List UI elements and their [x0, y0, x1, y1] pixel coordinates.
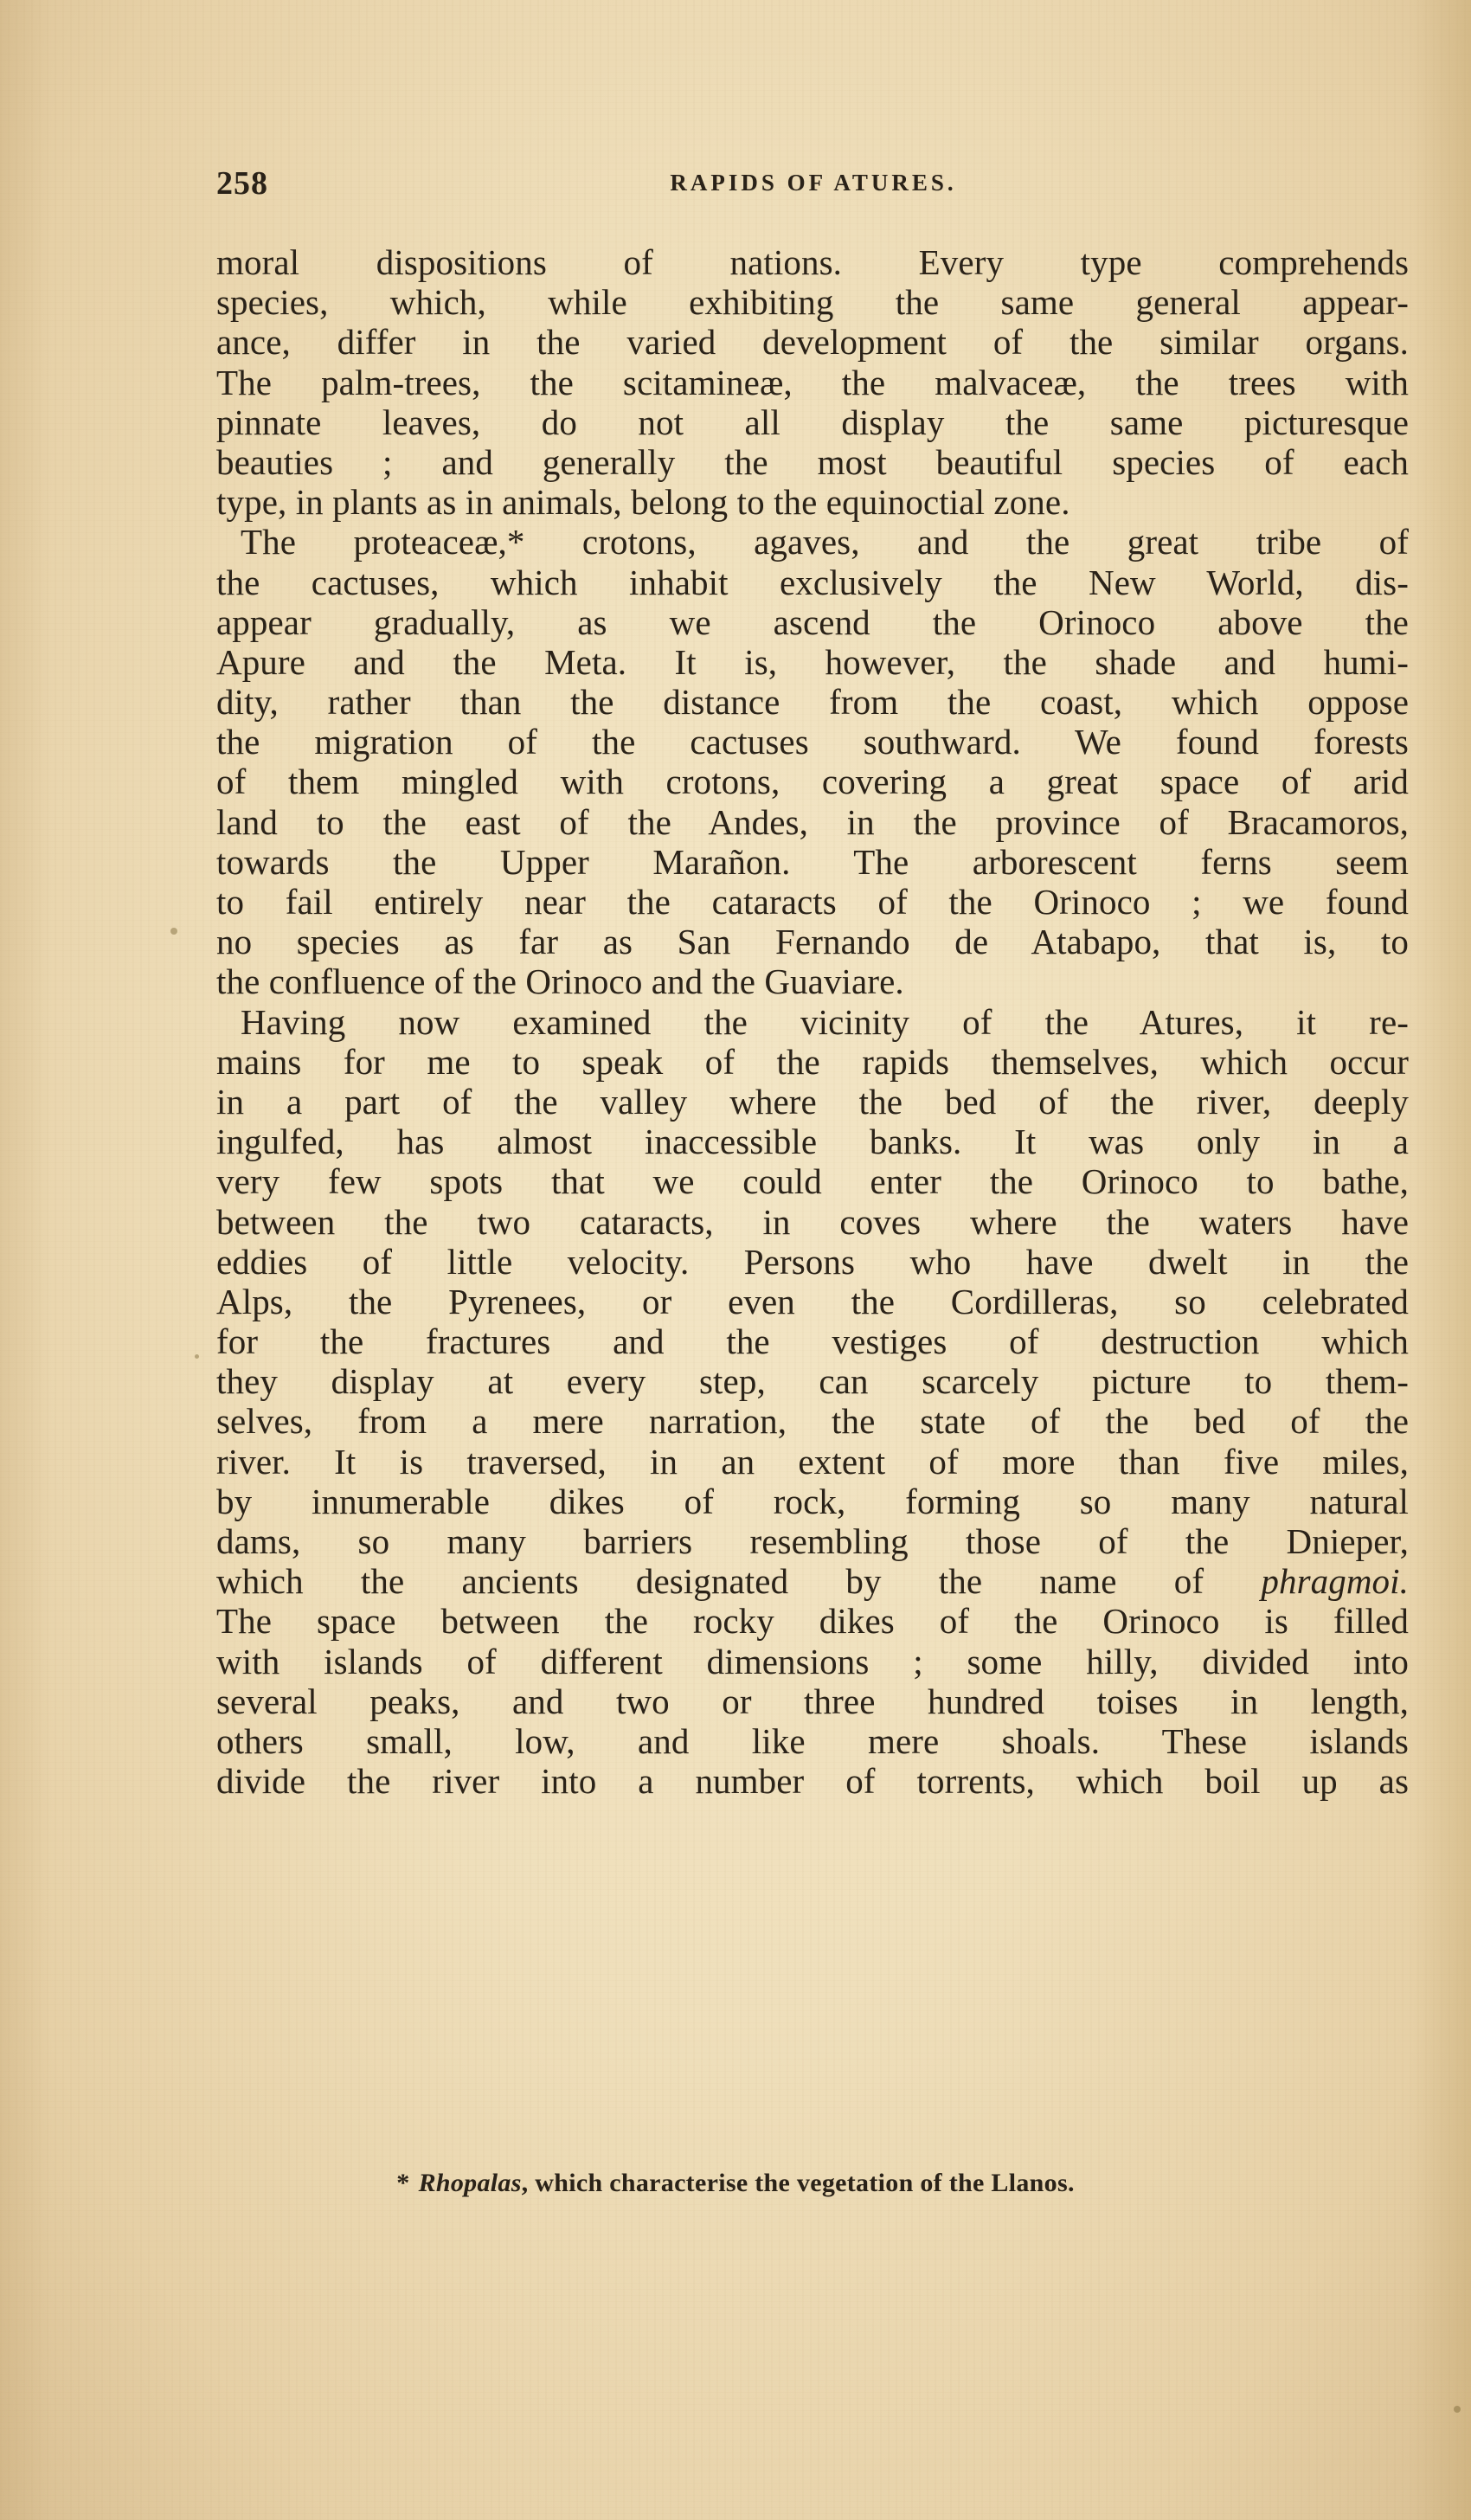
text-line: no species as far as San Fernando de Ata… [216, 922, 1409, 961]
text-line: Apure and the Meta. It is, however, the … [216, 642, 1409, 682]
text-line: for the fractures and the vestiges of de… [216, 1321, 1409, 1361]
text-line: of them mingled with crotons, covering a… [216, 762, 1409, 801]
body-text: moral dispositions of nations. Every typ… [216, 242, 1409, 1801]
text-line: the migration of the cactuses southward.… [216, 722, 1409, 762]
text-line: towards the Upper Marañon. The arboresce… [216, 842, 1409, 882]
text-line: type, in plants as in animals, belong to… [216, 482, 1409, 522]
text-line: pinnate leaves, do not all display the s… [216, 402, 1409, 442]
italic-term-phragmoi: phragmoi. [1261, 1561, 1409, 1601]
text-line-with-italic: which the ancients designated by the nam… [216, 1561, 1409, 1601]
text-line: appear gradually, as we ascend the Orino… [216, 602, 1409, 642]
text-line: very few spots that we could enter the O… [216, 1161, 1409, 1201]
page-header: 258 RAPIDS OF ATURES. [216, 164, 1410, 202]
text-line: in a part of the valley where the bed of… [216, 1082, 1409, 1122]
footnote-italic-term: Rhopalas [419, 2169, 522, 2197]
text-line: between the two cataracts, in coves wher… [216, 1202, 1409, 1242]
text-line: with islands of different dimensions ; s… [216, 1642, 1409, 1681]
text-line: they display at every step, can scarcely… [216, 1361, 1409, 1401]
text-line: to fail entirely near the cataracts of t… [216, 882, 1409, 922]
text-line: The palm-trees, the scitamineæ, the malv… [216, 363, 1409, 402]
footnote-text: , which characterise the vegetation of t… [522, 2169, 1075, 2197]
text-line: others small, low, and like mere shoals.… [216, 1721, 1409, 1761]
footnote: *Rhopalas, which characterise the vegeta… [0, 2169, 1471, 2198]
text-line: the cactuses, which inhabit exclusively … [216, 562, 1409, 602]
footnote-marker: * [396, 2169, 409, 2197]
text-line: ingulfed, has almost inaccessible banks.… [216, 1122, 1409, 1161]
text-line: several peaks, and two or three hundred … [216, 1681, 1409, 1721]
text-line: land to the east of the Andes, in the pr… [216, 802, 1409, 842]
text-line: eddies of little velocity. Persons who h… [216, 1242, 1409, 1282]
paper-speck [170, 928, 177, 935]
page-edge-shadow-left [0, 0, 52, 2520]
text-line: beauties ; and generally the most beauti… [216, 442, 1409, 482]
paragraph-start-line: Having now examined the vicinity of the … [216, 1002, 1409, 1042]
paper-speck [1454, 2406, 1461, 2413]
paragraph-start-line: The proteaceæ,* crotons, agaves, and the… [216, 522, 1409, 562]
text-line: ance, differ in the varied development o… [216, 322, 1409, 362]
text-line: divide the river into a number of torren… [216, 1761, 1409, 1801]
text-line: Alps, the Pyrenees, or even the Cordille… [216, 1282, 1409, 1321]
page-edge-shadow-right [1410, 0, 1471, 2520]
text-line: by innumerable dikes of rock, forming so… [216, 1482, 1409, 1521]
text-line: the confluence of the Orinoco and the Gu… [216, 961, 1409, 1001]
text-segment: which the ancients designated by the nam… [216, 1561, 1204, 1601]
text-line: dity, rather than the distance from the … [216, 682, 1409, 722]
text-line: species, which, while exhibiting the sam… [216, 282, 1409, 322]
text-line: dams, so many barriers resembling those … [216, 1521, 1409, 1561]
text-line: river. It is traversed, in an extent of … [216, 1442, 1409, 1482]
text-line: selves, from a mere narration, the state… [216, 1401, 1409, 1441]
text-line: The space between the rocky dikes of the… [216, 1601, 1409, 1641]
paper-speck [195, 1354, 199, 1359]
running-title: RAPIDS OF ATURES. [216, 170, 1410, 196]
text-line: mains for me to speak of the rapids them… [216, 1042, 1409, 1082]
text-line: moral dispositions of nations. Every typ… [216, 242, 1409, 282]
